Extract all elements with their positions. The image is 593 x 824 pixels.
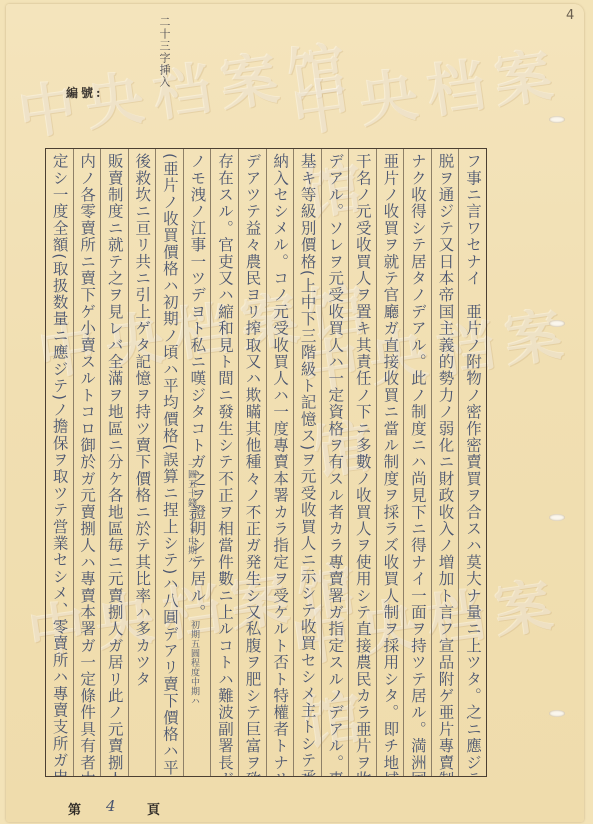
page-number: 4 bbox=[106, 797, 116, 815]
page-suffix: 頁 bbox=[147, 799, 160, 818]
manuscript-grid: フ事ニ言ワセナイ 亜片ノ附物ノ密作密賣買ヲ合スハ莫大ナ量ニ上ツタ。之ニ應ジテ国民… bbox=[45, 148, 487, 777]
text-column: 脱ヲ通ジテ又日本帝国主義的勢力ノ弱化ニ財政收入ノ増加ト言フ宣品附ゲ亜片專賣制度ハ… bbox=[431, 149, 459, 776]
text-column: デアル。ソレヲ元受收買人ハ一定資格ヲ有スル者カラ專賣署ガ指定スルノデアル。專賣署… bbox=[321, 149, 349, 776]
text-column: 納入セシメル。コノ元受收買人ハ一度專賣本署カラ指定ヲ受ケルト否ト特權者トナリ農民… bbox=[266, 149, 294, 776]
text-column: 販賣制度ニ就テ之ヲ見レバ全滿ヲ地區ニ分ケ各地區毎ニ元賣捌人ガ居リ此ノ元賣捌人カラ… bbox=[100, 149, 128, 776]
text-column: 後救坎ニ亘リ共ニ引上ゲタ記憶ヲ持ツ賣下價格ニ於テ其比率ハ多カツタ bbox=[128, 149, 156, 776]
text-column: 存在スル。官吏又ハ縮和見ト間ニ發生シテ不正ヲ相當件數ニ上ルコトハ難波副署長ガ警察… bbox=[210, 149, 238, 776]
punch-hole bbox=[549, 320, 565, 327]
text-column: (亜片ノ收買價格ハ初期ノ頃ハ平均價格(誤算ニ捏上シテ)ハ八圓デアリ賣下價格ハ平均… bbox=[155, 149, 183, 776]
text-column: 内ノ各零賣所ニ賣下ゲ小賣スルトコロ御於ガ元賣捌人ハ專賣本署ガ一定條件具有者中カラ… bbox=[73, 149, 101, 776]
corner-page-number: 4 bbox=[566, 8, 574, 23]
page-prefix: 第 bbox=[68, 799, 81, 818]
text-column: 亜片ノ收買ヲ就テ官廳ガ直接收買ニ當ル制度ヲ採ラズ收買人制ヲ採用シタ。即チ地域ヲ分… bbox=[376, 149, 404, 776]
text-column: 基キ等級別價格(上中下三階級ト記憶ス)ヲ元受收買人ニ示シテ收買セシメ主トシテ承徳… bbox=[293, 149, 321, 776]
text-column: フ事ニ言ワセナイ 亜片ノ附物ノ密作密賣買ヲ合スハ莫大ナ量ニ上ツタ。之ニ應ジテ国民… bbox=[458, 149, 486, 776]
punch-hole bbox=[549, 514, 565, 521]
text-column: デアツテ益々農民ヨリ搾取又ハ欺瞞其他種々ノ不正ガ発生シ又私腹ヲ肥シテ巨富ヲ致ス雖… bbox=[238, 149, 266, 776]
text-column: ナク收得シテ居タノデアル。此ノ制度ニハ尚見下ニ得ナイ一面ヲ持ツテ居ル。満洲国專賣… bbox=[403, 149, 431, 776]
serial-number-label: 編號: bbox=[66, 84, 103, 101]
margin-annotation: 初期五圓程度中期ハ bbox=[188, 620, 201, 706]
punch-hole bbox=[549, 710, 565, 717]
text-column: 定シ一度全額(取扱数量ニ應ジテ)ノ擔保ヲ取ツテ営業セシメ、零賣所ハ專賣支所ガ申請… bbox=[46, 149, 73, 776]
margin-annotation: 一圓五十錢デアリ中期ハ bbox=[185, 460, 198, 565]
text-column: 干名ノ元受收買人ヲ置キ其責任ノ下ニ多數ノ收買人ヲ使用シテ直接農民カラ亜片ヲ收買ス… bbox=[348, 149, 376, 776]
punch-hole bbox=[549, 116, 565, 123]
insert-note: 二十三字挿入 bbox=[156, 16, 172, 88]
watermark: 中央档案馆 bbox=[12, 21, 360, 152]
